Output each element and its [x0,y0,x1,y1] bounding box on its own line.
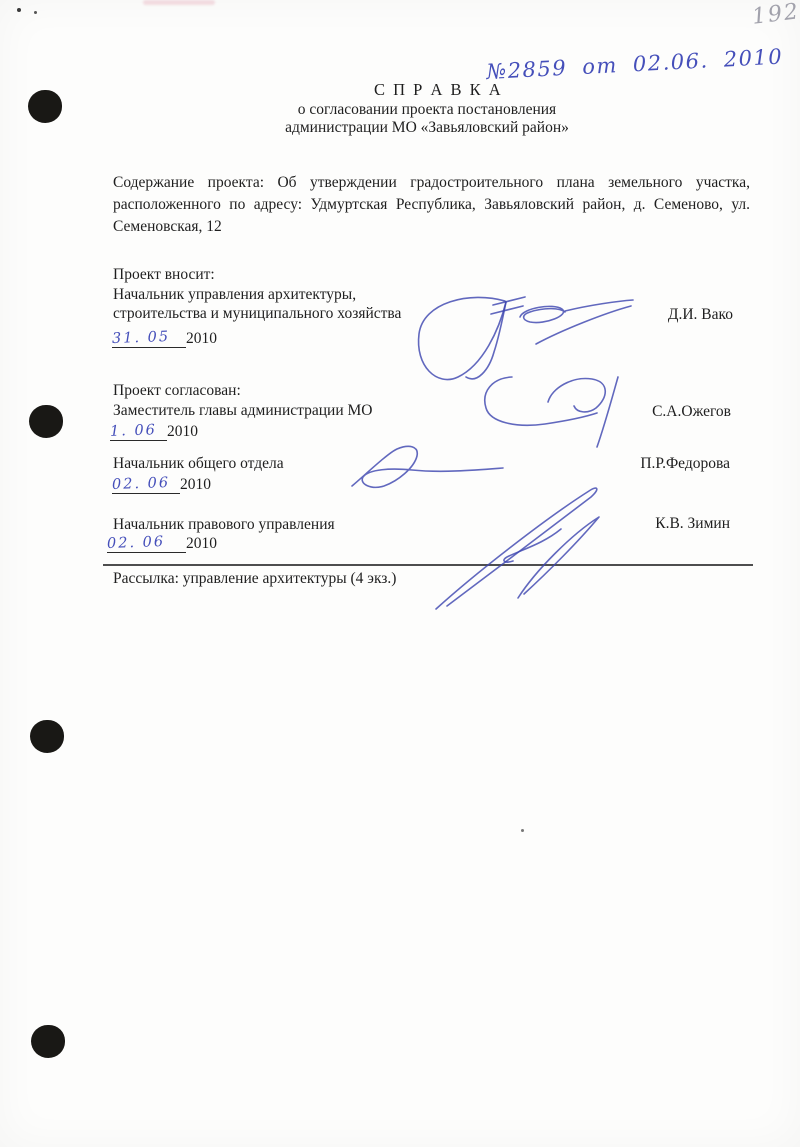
handwritten-date: 1. 06 [110,421,158,442]
agreed-role-zimin: Начальник правового управления [113,516,335,534]
date-underline: 02. 06 [107,533,186,553]
approver-name-vako: Д.И. Вако [668,306,733,324]
handwritten-date: 31. 05 [112,328,171,349]
document-subtitle-line2: администрации МО «Завьяловский район» [113,119,741,137]
submit-role-line1: Начальник управления архитектуры, [113,286,356,304]
handwritten-date: 02. 06 [107,533,166,554]
date-underline: 31. 05 [112,328,186,348]
printed-year: 2010 [186,535,217,552]
pencil-page-number: 192 [751,0,800,30]
project-content-paragraph: Содержание проекта: Об утверждении градо… [113,172,750,238]
hole-punch-mark [28,90,62,123]
agreed-date-row-ozhegov: 1. 062010 [110,421,198,441]
submit-section-header: Проект вносит: [113,266,215,284]
handwritten-date: 02. 06 [112,474,171,495]
hole-punch-mark [29,405,63,438]
printed-year: 2010 [186,330,217,347]
scan-speck [521,829,524,832]
agreed-section-header: Проект согласован: [113,382,241,400]
distribution-note: Рассылка: управление архитектуры (4 экз.… [113,570,396,588]
signature-vako [419,297,633,380]
scanned-document-page: 192 С П Р А В К А №2859 от 02.06. 2010 о… [0,0,800,1147]
approver-name-zimin: К.В. Зимин [655,515,730,533]
document-subtitle-line1: о согласовании проекта постановления [113,101,741,119]
signature-fedorova [352,446,503,487]
agreed-role-fedorova: Начальник общего отдела [113,455,284,473]
agreed-role-ozhegov: Заместитель главы администрации МО [113,402,372,420]
separator-line [103,564,753,566]
scan-speck [34,11,37,14]
document-title: С П Р А В К А [374,80,503,100]
date-underline: 1. 06 [110,421,167,441]
hole-punch-mark [31,1025,65,1058]
submit-role-line2: строительства и муниципального хозяйства [113,305,401,323]
submit-date-row: 31. 052010 [112,328,217,348]
handwritten-doc-number: №2859 от 02.06. 2010 [486,44,784,84]
date-underline: 02. 06 [112,474,180,494]
signature-ozhegov [485,377,618,447]
hole-punch-mark [30,720,64,753]
printed-year: 2010 [167,423,198,440]
signature-zimin [436,488,599,609]
approver-name-ozhegov: С.А.Ожегов [652,403,731,421]
agreed-date-row-zimin: 02. 062010 [107,533,217,553]
agreed-date-row-fedorova: 02. 062010 [112,474,211,494]
approver-name-fedorova: П.Р.Федорова [640,455,730,473]
scan-smudge [143,0,215,5]
printed-year: 2010 [180,476,211,493]
scan-speck [17,8,21,12]
